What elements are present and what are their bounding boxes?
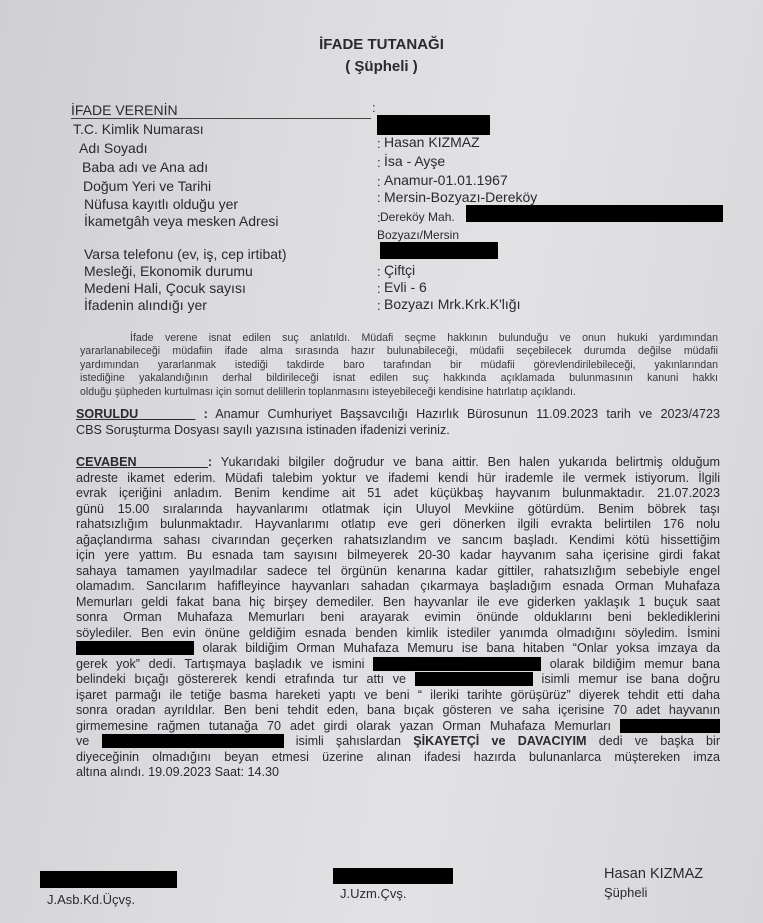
colon: : (377, 298, 381, 313)
field-label-adi-soyadi: Adı Soyadı (79, 140, 148, 156)
answer-line: olamadım. Sancılarım hafifleyince hayvan… (76, 579, 720, 595)
answer-line: sahaya tamamen yayılmadılar sadece tel ö… (76, 564, 720, 580)
answer-text: isimli şahıslardan (296, 734, 401, 748)
redacted-tc-kimlik (377, 115, 490, 135)
answer-text: girmemesine rağmen tutanağa 70 adet gird… (76, 719, 611, 733)
notice-line: yardımından yararlanmak istediği takdird… (80, 359, 718, 372)
answer-line: günü 15.00 sıralarında hayvanlarımı otla… (76, 502, 720, 518)
signature-name-suspect: Hasan KIZMAZ (604, 866, 703, 882)
answer-line: işaret parmağı ile tetiğe basma hareketi… (76, 688, 720, 704)
colon: : (377, 281, 381, 296)
field-label-nufus: Nüfusa kayıtlı olduğu yer (84, 196, 238, 212)
answer-line: sonra Orman Muhafaza Memurları beni aray… (76, 610, 720, 626)
signature-title-suspect: Şüpheli (604, 885, 647, 900)
answer-line: ağaçlandırma sahası civarından geçerken … (76, 533, 720, 549)
answer-line: sonra oradan ayrıldılar. Ben beni tehdit… (76, 703, 720, 719)
field-label-tc-kimlik: T.C. Kimlik Numarası (73, 121, 204, 137)
answer-section: CEVABEN : Yukarıdaki bilgiler doğrudur v… (76, 455, 720, 781)
answer-line: evrak içeriğini anladım. Benim kendime a… (76, 486, 720, 502)
cevaben-keyword: CEVABEN (76, 455, 137, 469)
rights-notice: İfade verene isnat edilen suç anlatıldı.… (80, 332, 718, 399)
answer-text: isimli memur ise bana doğru (542, 672, 720, 686)
notice-line: olduğu şüpheden kurtulması için somut de… (80, 386, 718, 399)
field-value-ifade-yeri: Bozyazı Mrk.Krk.K'lığı (384, 296, 520, 312)
answer-text: gerek yok” dedi. Tartışmaya başladık ve … (76, 657, 364, 671)
answer-line: Yukarıdaki bilgiler doğrudur ve bana ait… (221, 455, 720, 469)
answer-line: adreste ikamet ederim. Müdafi talebim yo… (76, 471, 720, 487)
answer-line: rahatsızlığım bulunmaktadır. Hayvanlarım… (76, 517, 720, 533)
notice-line: yararlanabileceği müdafiin ifade alma sı… (80, 345, 718, 358)
colon: : (372, 100, 376, 115)
redacted-name (373, 657, 541, 671)
redacted-signature-name (40, 871, 177, 888)
redacted-name (102, 734, 284, 748)
colon: : (377, 155, 381, 170)
field-value-ikametgah: Dereköy Mah. (380, 210, 455, 224)
field-label-ifade-yeri: İfadenin alındığı yer (84, 297, 207, 313)
complaint-declaration: ŞİKAYETÇİ ve DAVACIYIM (413, 734, 586, 748)
redacted-address (466, 205, 723, 222)
notice-line: istediğine yakalandığının derhal bildiri… (80, 372, 718, 385)
document-title: İFADE TUTANAĞI (0, 36, 763, 53)
soruldu-keyword: SORULDU (76, 407, 138, 421)
signature-title-asb: J.Asb.Kd.Üçvş. (47, 892, 135, 907)
field-label-ikametgah: İkametgâh veya mesken Adresi (84, 213, 279, 229)
colon: : (377, 174, 381, 189)
field-label-meslek: Mesleği, Ekonomik durumu (84, 263, 253, 279)
question-text-line1: Anamur Cumhuriyet Başsavcılığı Hazırlık … (215, 407, 720, 421)
field-label-medeni-hal: Medeni Hali, Çocuk sayısı (84, 280, 246, 296)
notice-line: İfade verene isnat edilen suç anlatıldı.… (130, 332, 718, 344)
field-value-adi-soyadi: Hasan KIZMAZ (384, 134, 480, 150)
answer-line: belindeki bıçağı göstererek kendi etrafı… (76, 672, 720, 688)
answer-text: dedi ve başka bir (599, 734, 720, 748)
redacted-signature-name (333, 868, 453, 884)
separator: : (208, 455, 212, 469)
answer-text: olarak bildiğim memur bana (550, 657, 720, 671)
field-label-dogum: Doğum Yeri ve Tarihi (83, 178, 211, 194)
question-section: SORULDU : Anamur Cumhuriyet Başsavcılığı… (76, 407, 720, 438)
field-label-telefon: Varsa telefonu (ev, iş, cep irtibat) (84, 246, 287, 262)
statement-document: İFADE TUTANAĞI ( Şüpheli ) İFADE VERENİN… (0, 0, 763, 923)
answer-line: diyeceğinin olmadığını beyan etmesi üzer… (76, 750, 720, 766)
answer-date-time: altına alındı. 19.09.2023 Saat: 14.30 (76, 765, 720, 781)
answer-text: ve (76, 734, 89, 748)
answer-line: söylediler. Ben evin önüne geldiğim esna… (76, 626, 720, 642)
answer-line: olarak bildiğim Orman Muhafaza Memuru is… (76, 641, 720, 657)
answer-line: için yere yattım. Bu esnada tam sayısını… (76, 548, 720, 564)
section-header-ifade-veren: İFADE VERENİN (71, 102, 178, 118)
header-underline (71, 118, 371, 119)
field-value-dogum: Anamur-01.01.1967 (384, 172, 508, 188)
field-value-meslek: Çiftçi (384, 262, 415, 278)
redacted-name (620, 719, 720, 733)
colon: : (377, 264, 381, 279)
signature-title-uzm: J.Uzm.Çvş. (340, 886, 406, 901)
redacted-telefon (380, 242, 498, 259)
colon: : (377, 136, 381, 151)
field-value-baba-ana: İsa - Ayşe (384, 153, 445, 169)
field-value-ikametgah-line2: Bozyazı/Mersin (377, 228, 459, 242)
question-text-line2: CBS Soruşturma Dosyası sayılı yazısına i… (76, 423, 720, 439)
field-value-nufus: Mersin-Bozyazı-Dereköy (384, 189, 537, 205)
redacted-name (76, 641, 194, 655)
separator: : (204, 407, 208, 421)
answer-text: olarak bildiğim Orman Muhafaza Memuru is… (202, 641, 720, 655)
answer-line: gerek yok” dedi. Tartışmaya başladık ve … (76, 657, 720, 673)
redacted-name (415, 672, 533, 686)
document-subtitle: ( Şüpheli ) (0, 58, 763, 75)
answer-line: girmemesine rağmen tutanağa 70 adet gird… (76, 719, 720, 735)
field-label-baba-ana: Baba adı ve Ana adı (82, 159, 208, 175)
field-value-medeni-hal: Evli - 6 (384, 279, 427, 295)
colon: : (377, 190, 381, 205)
answer-line: Memurları geldi fakat bana hiç birşey de… (76, 595, 720, 611)
answer-text: belindeki bıçağı göstererek kendi etrafı… (76, 672, 406, 686)
answer-line: ve isimli şahıslardan ŞİKAYETÇİ ve DAVAC… (76, 734, 720, 750)
